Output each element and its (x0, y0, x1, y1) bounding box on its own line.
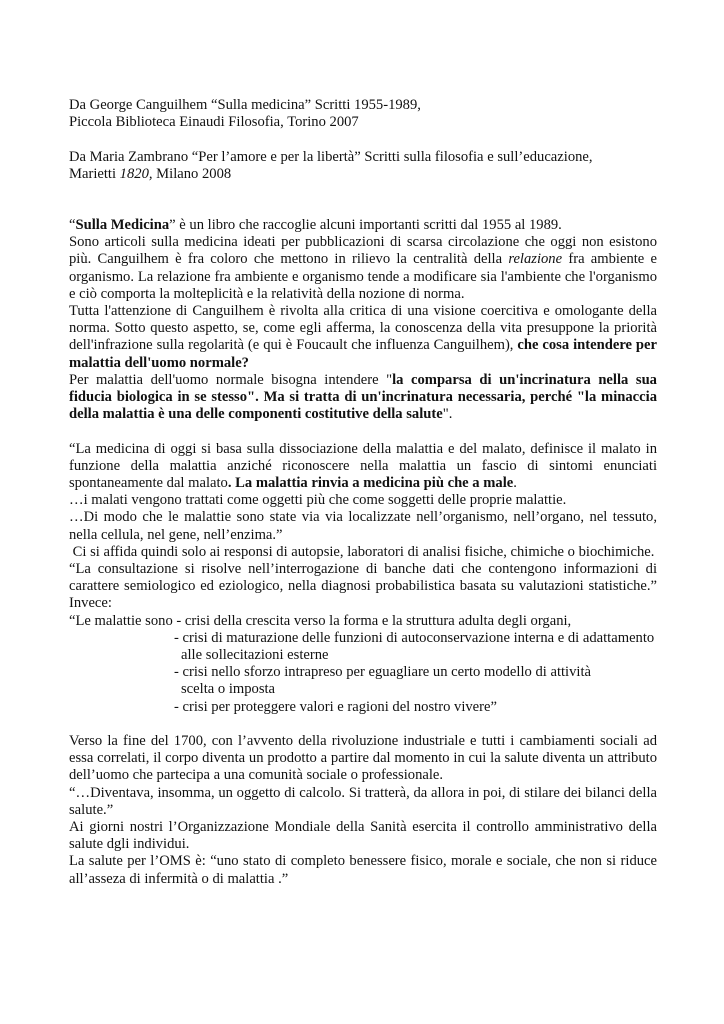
list-item: - crisi per proteggere valori e ragioni … (174, 699, 657, 716)
quote-paragraph-5: “La consultazione si risolve nell’interr… (69, 561, 657, 613)
quote-paragraph-2: …i malati vengono trattati come oggetti … (69, 492, 657, 509)
document-page: Da George Canguilhem “Sulla medicina” Sc… (69, 97, 657, 888)
list-lead: “Le malattie sono - crisi della crescita… (69, 613, 657, 630)
intro-section: “Sulla Medicina” è un libro che raccogli… (69, 217, 657, 423)
intro-paragraph-2: Sono articoli sulla medicina ideati per … (69, 234, 657, 303)
history-paragraph-2: “…Diventava, insomma, un oggetto di calc… (69, 785, 657, 819)
reference-zambrano: Da Maria Zambrano “Per l’amore e per la … (69, 149, 657, 183)
history-paragraph-3: Ai giorni nostri l’Organizzazione Mondia… (69, 819, 657, 853)
intro-paragraph-1: “Sulla Medicina” è un libro che raccogli… (69, 217, 657, 234)
history-section: Verso la fine del 1700, con l’avvento de… (69, 733, 657, 888)
book-title: Sulla Medicina (75, 217, 169, 233)
reference-canguilhem: Da George Canguilhem “Sulla medicina” Sc… (69, 97, 657, 131)
intro-paragraph-4: Per malattia dell'uomo normale bisogna i… (69, 372, 657, 424)
history-paragraph-1: Verso la fine del 1700, con l’avvento de… (69, 733, 657, 785)
references: Da George Canguilhem “Sulla medicina” Sc… (69, 97, 657, 183)
list-item: - crisi nello sforzo intrapreso per egua… (174, 664, 657, 698)
quote-paragraph-4: Ci si affida quindi solo ai responsi di … (69, 544, 657, 561)
history-paragraph-4: La salute per l’OMS è: “uno stato di com… (69, 853, 657, 887)
quote-paragraph-3: …Di modo che le malattie sono state via … (69, 509, 657, 543)
quote-paragraph-1: “La medicina di oggi si basa sulla disso… (69, 441, 657, 493)
list-item: - crisi di maturazione delle funzioni di… (174, 630, 657, 664)
quotes-section: “La medicina di oggi si basa sulla disso… (69, 441, 657, 716)
intro-paragraph-3: Tutta l'attenzione di Canguilhem è rivol… (69, 303, 657, 372)
